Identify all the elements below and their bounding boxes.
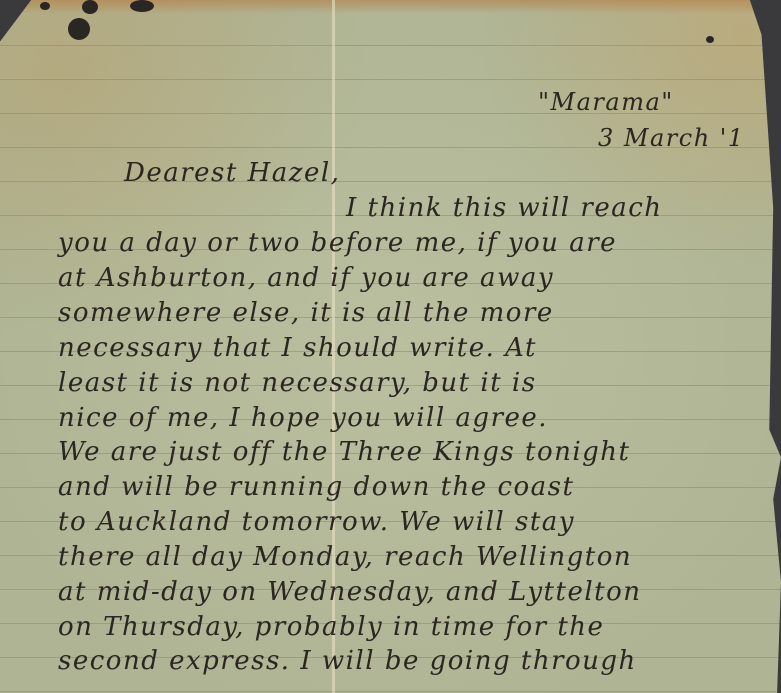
letter-line: We are just off the Three Kings tonight [58, 437, 631, 467]
letter-line: at mid-day on Wednesday, and Lyttelton [58, 577, 642, 607]
letter-line: you a day or two before me, if you are [58, 228, 617, 258]
letter-line: least it is not necessary, but it is [58, 368, 537, 398]
letter-line: I think this will reach [346, 193, 663, 223]
letter-line: to Auckland tomorrow. We will stay [58, 507, 575, 537]
letter-date: 3 March '1 [598, 124, 745, 152]
letter-salutation: Dearest Hazel, [124, 158, 340, 188]
letter-line: nice of me, I hope you will agree. [58, 403, 548, 433]
letter-line: and will be running down the coast [58, 472, 574, 502]
letter-line: on Thursday, probably in time for the [58, 612, 604, 642]
letter-line: necessary that I should write. At [58, 333, 537, 363]
letter-line: somewhere else, it is all the more [58, 298, 554, 328]
letter-line: there all day Monday, reach Wellington [58, 542, 632, 572]
letter-place: "Marama" [538, 88, 674, 116]
letter-line: second express. I will be going through [58, 646, 637, 676]
letter-line: at Ashburton, and if you are away [58, 263, 554, 293]
handwritten-letter: "Marama" 3 March '1 Dearest Hazel, I thi… [0, 0, 781, 693]
